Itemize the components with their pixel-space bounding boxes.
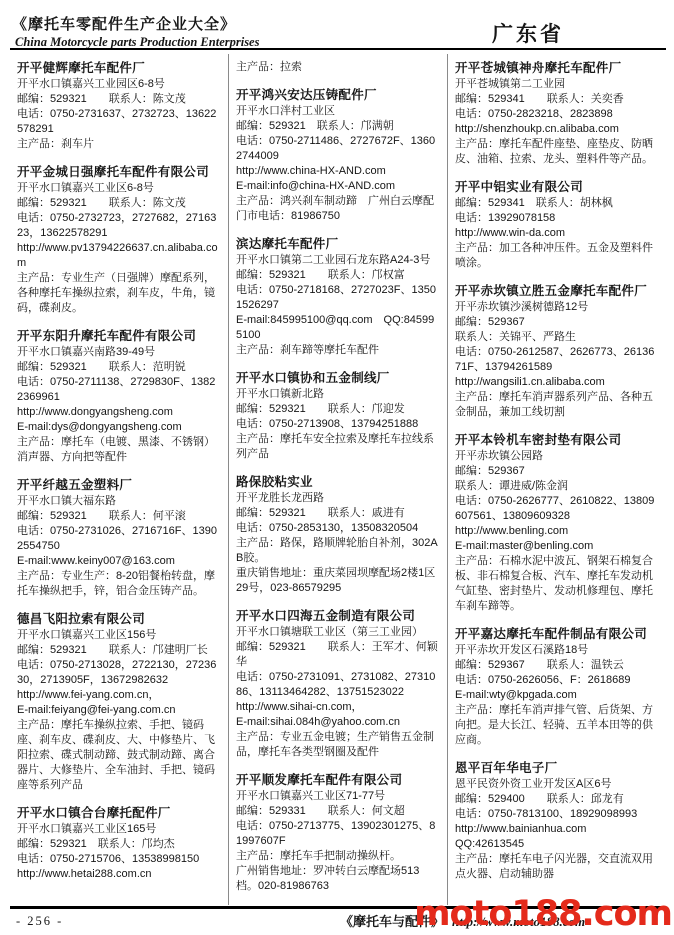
entry-line: E-mail:wty@kpgada.com <box>455 688 659 703</box>
entry-line: http://shenzhoukp.cn.alibaba.com <box>455 122 659 137</box>
entry-line: 电话：13929078158 <box>455 211 659 226</box>
entry-line: 开平苍城镇第二工业园 <box>455 77 659 92</box>
entry-line: 邮编：529321 联系人：邝均杰 <box>17 837 221 852</box>
company-entry: 开平中铝实业有限公司邮编：529341 联系人：胡林枫电话：1392907815… <box>455 179 659 271</box>
entry-line: 主产品：摩托车电子闪光器，交直流双用点火器、启动辅助器 <box>455 852 659 882</box>
entry-line: 主产品：专业生产（日强牌）摩配系列，各种摩托车操纵拉索，刹车皮，牛角，镜码，碟刹… <box>17 271 221 316</box>
company-name: 开平东阳升摩托车配件有限公司 <box>17 328 221 344</box>
entry-line: 邮编：529400 联系人：邱龙有 <box>455 792 659 807</box>
entry-line: http://wangsili1.cn.alibaba.com <box>455 375 659 390</box>
entry-line: E-mail:845995100@qq.com QQ:845995100 <box>236 313 440 343</box>
book-title-chinese: 《摩托车零配件生产企业大全》 <box>12 13 664 34</box>
entry-line: 恩平民资外资工业开发区A区6号 <box>455 777 659 792</box>
entry-line: 邮编：529321 联系人：邝迎发 <box>236 402 440 417</box>
entry-line: 电话：0750-2715706、13538998150 <box>17 852 221 867</box>
entry-line: 开平水口镇嘉兴南路39-49号 <box>17 345 221 360</box>
entry-line: 电话：0750-2731026、2716716F、13902554750 <box>17 524 221 554</box>
entry-line: 开平水口镇塘联工业区（第三工业园） <box>236 625 440 640</box>
company-entry: 开平顺发摩托车配件有限公司开平水口镇嘉兴工业区71-77号邮编：529331 联… <box>236 772 440 894</box>
entry-line: 开平水口镇嘉兴工业园区6-8号 <box>17 77 221 92</box>
company-name: 开平中铝实业有限公司 <box>455 179 659 195</box>
watermark-moto188: moto188.com <box>414 897 672 932</box>
entry-line: 电话：0750-2626056、F：2618689 <box>455 673 659 688</box>
entry-line: http://www.hetai288.com.cn <box>17 867 221 882</box>
entry-line: http://www.win-da.com <box>455 226 659 241</box>
entry-line: 开平赤坎镇公园路 <box>455 449 659 464</box>
entry-line: 主产品：摩托车配件座垫、座垫皮、防晒皮、油箱、拉索、龙头、塑料件等产品。 <box>455 137 659 167</box>
company-name: 开平嘉达摩托车配件制品有限公司 <box>455 626 659 642</box>
entry-line: 开平水口镇大福东路 <box>17 494 221 509</box>
company-entry: 开平东阳升摩托车配件有限公司开平水口镇嘉兴南路39-49号邮编：529321 联… <box>17 328 221 465</box>
company-name: 开平赤坎镇立胜五金摩托车配件厂 <box>455 283 659 299</box>
company-entry: 开平金城日强摩托车配件有限公司开平水口镇嘉兴工业区6-8号邮编：529321 联… <box>17 164 221 316</box>
entry-line: 电话：0750-2853130，13508320504 <box>236 521 440 536</box>
entry-line: E-mail:sihai.084h@yahoo.com.cn <box>236 715 440 730</box>
entry-line: 电话：0750-2718168、2727023F、13501526297 <box>236 283 440 313</box>
entry-line: 主产品：加工各种冲压件。五金及塑料件喷涂。 <box>455 241 659 271</box>
entry-line: E-mail:www.keiny007@163.com <box>17 554 221 569</box>
entry-line: 电话：0750-2713908、13794251888 <box>236 417 440 432</box>
entry-line: 重庆销售地址：重庆菜园坝摩配场2楼1区29号，023-86579295 <box>236 566 440 596</box>
entry-line: 开平龙胜长龙西路 <box>236 491 440 506</box>
entry-line: 开平赤坎开发区石溪路18号 <box>455 643 659 658</box>
company-entry: 滨达摩托车配件厂开平水口镇第二工业园石龙东路A24-3号邮编：529321 联系… <box>236 236 440 358</box>
company-name: 开平水口四海五金制造有限公司 <box>236 608 440 624</box>
entry-line: 邮编：529331 联系人：何文超 <box>236 804 440 819</box>
entry-line: http://www.china-HX-AND.com <box>236 164 440 179</box>
company-entry: 开平鸿兴安达压铸配件厂开平水口泮村工业区邮编：529321 联系人：邝满朝电话：… <box>236 87 440 224</box>
header-divider-rule <box>10 48 666 50</box>
entry-line: 邮编：529321 联系人：陈文茂 <box>17 196 221 211</box>
entry-line: 邮编：529321 联系人：何平滚 <box>17 509 221 524</box>
entry-line: http://www.pv13794226637.cn.alibaba.com <box>17 241 221 271</box>
entry-line: 主产品：拉索 <box>236 60 440 75</box>
company-name: 路保胶粘实业 <box>236 474 440 490</box>
company-name: 开平纤越五金塑料厂 <box>17 477 221 493</box>
entry-line: 开平水口镇嘉兴工业区156号 <box>17 628 221 643</box>
entry-line: 电话：0750-2713028，2722130，2723630，2713905F… <box>17 658 221 688</box>
entry-line: 主产品：鸿兴刹车制动蹄 广州白云摩配门市电话：81986750 <box>236 194 440 224</box>
entry-line: 电话：0750-2711138、2729830F、13822369961 <box>17 375 221 405</box>
entry-line: 开平水口镇嘉兴工业区6-8号 <box>17 181 221 196</box>
entry-line: http://www.benling.com <box>455 524 659 539</box>
entry-line: 电话：0750-2823218、2823898 <box>455 107 659 122</box>
entry-line: 邮编：529321 联系人：邝满朝 <box>236 119 440 134</box>
entry-line: 邮编：529321 联系人：王军才、何颖华 <box>236 640 440 670</box>
company-name: 德昌飞阳拉索有限公司 <box>17 611 221 627</box>
entry-line: E-mail:info@china-HX-AND.com <box>236 179 440 194</box>
company-name: 开平水口镇合台摩托配件厂 <box>17 805 221 821</box>
entry-line: 邮编：529321 联系人：邝建明厂长 <box>17 643 221 658</box>
column-2: 主产品：拉索开平鸿兴安达压铸配件厂开平水口泮村工业区邮编：529321 联系人：… <box>228 54 447 905</box>
entry-line: 电话：0750-7813100、18929098993 <box>455 807 659 822</box>
company-entry: 开平健辉摩托车配件厂开平水口镇嘉兴工业园区6-8号邮编：529321 联系人：陈… <box>17 60 221 152</box>
entry-line: 主产品：刹车片 <box>17 137 221 152</box>
company-entry: 主产品：拉索 <box>236 60 440 75</box>
page-header: 《摩托车零配件生产企业大全》 China Motorcycle parts Pr… <box>12 13 664 49</box>
company-entry: 开平纤越五金塑料厂开平水口镇大福东路邮编：529321 联系人：何平滚电话：07… <box>17 477 221 599</box>
company-name: 开平本铃机车密封垫有限公司 <box>455 432 659 448</box>
company-name: 开平顺发摩托车配件有限公司 <box>236 772 440 788</box>
company-entry: 开平水口镇合台摩托配件厂开平水口镇嘉兴工业区165号邮编：529321 联系人：… <box>17 805 221 882</box>
entry-line: 电话：0750-2732723，2727682，2716323，13622578… <box>17 211 221 241</box>
entry-line: 开平水口镇嘉兴工业区71-77号 <box>236 789 440 804</box>
company-entry: 路保胶粘实业开平龙胜长龙西路邮编：529321 联系人：戚进有电话：0750-2… <box>236 474 440 596</box>
entry-line: 开平水口镇第二工业园石龙东路A24-3号 <box>236 253 440 268</box>
entry-line: 邮编：529321 联系人：邝权富 <box>236 268 440 283</box>
company-entry: 开平嘉达摩托车配件制品有限公司开平赤坎开发区石溪路18号邮编：529367 联系… <box>455 626 659 748</box>
entry-line: 主产品：摩托车手把制动操纵杆。 <box>236 849 440 864</box>
entry-line: 电话：0750-2731637、2732723、13622578291 <box>17 107 221 137</box>
entry-line: 主产品：摩托车消声器系列产品、各种五金制品，兼加工线切割 <box>455 390 659 420</box>
company-entry: 开平水口四海五金制造有限公司开平水口镇塘联工业区（第三工业园）邮编：529321… <box>236 608 440 760</box>
entry-line: 主产品：专业五金电镀；生产销售五金制品，摩托车各类型钢圈及配件 <box>236 730 440 760</box>
entry-line: 广州销售地址：罗冲转白云摩配场513档。020-81986763 <box>236 864 440 894</box>
entry-line: 邮编：529341 联系人：胡林枫 <box>455 196 659 211</box>
entry-line: 邮编：529321 联系人：范明锐 <box>17 360 221 375</box>
page-number: - 256 - <box>16 914 63 929</box>
entry-line: http://www.fei-yang.com.cn， <box>17 688 221 703</box>
company-name: 开平水口镇协和五金制线厂 <box>236 370 440 386</box>
column-1: 开平健辉摩托车配件厂开平水口镇嘉兴工业园区6-8号邮编：529321 联系人：陈… <box>10 54 228 905</box>
company-name: 开平健辉摩托车配件厂 <box>17 60 221 76</box>
entry-line: 开平水口泮村工业区 <box>236 104 440 119</box>
directory-page: 《摩托车零配件生产企业大全》 China Motorcycle parts Pr… <box>0 0 674 935</box>
company-entry: 开平水口镇协和五金制线厂开平水口镇新北路邮编：529321 联系人：邝迎发电话：… <box>236 370 440 462</box>
entry-line: 电话：0750-2731091、2731082、2731086、13113464… <box>236 670 440 700</box>
company-entry: 开平赤坎镇立胜五金摩托车配件厂开平赤坎镇沙溪树德路12号邮编：529367联系人… <box>455 283 659 420</box>
company-entry: 开平苍城镇神舟摩托车配件厂开平苍城镇第二工业园邮编：529341 联系人：关奕香… <box>455 60 659 167</box>
province-label: 广东省 <box>492 18 564 48</box>
entry-line: QQ:42613545 <box>455 837 659 852</box>
company-entry: 开平本铃机车密封垫有限公司开平赤坎镇公园路邮编：529367联系人：谭进威/陈金… <box>455 432 659 614</box>
column-3: 开平苍城镇神舟摩托车配件厂开平苍城镇第二工业园邮编：529341 联系人：关奕香… <box>447 54 666 905</box>
entry-line: 主产品：路保，路顺牌轮胎自补剂，302AB胶。 <box>236 536 440 566</box>
company-name: 开平金城日强摩托车配件有限公司 <box>17 164 221 180</box>
company-entry: 德昌飞阳拉索有限公司开平水口镇嘉兴工业区156号邮编：529321 联系人：邝建… <box>17 611 221 793</box>
entry-line: http://www.bainianhua.com <box>455 822 659 837</box>
entry-line: 开平水口镇嘉兴工业区165号 <box>17 822 221 837</box>
entry-line: E-mail:dys@dongyangsheng.com <box>17 420 221 435</box>
entry-line: E-mail:feiyang@fei-yang.com.cn <box>17 703 221 718</box>
entry-line: 主产品：摩托车操纵拉索、手把、镜码座、刹车皮、碟刹皮、大、中修垫片、飞阳拉索、碟… <box>17 718 221 793</box>
entry-line: 电话：0750-2711486、2727672F、13602744009 <box>236 134 440 164</box>
entry-line: 电话：0750-2713775、13902301275、81997607F <box>236 819 440 849</box>
entry-line: 联系人：谭进威/陈金润 <box>455 479 659 494</box>
entry-line: 邮编：529321 联系人：戚进有 <box>236 506 440 521</box>
entry-line: 主产品：专业生产：8-20铝餐枱转盘，摩托车操纵把手，锌，铝合金压铸产品。 <box>17 569 221 599</box>
entry-line: 主产品：摩托车（电镀、黑漆、不锈钢）消声器、方向把等配件 <box>17 435 221 465</box>
entry-line: E-mail:master@benling.com <box>455 539 659 554</box>
company-name: 恩平百年华电子厂 <box>455 760 659 776</box>
entry-line: 电话：0750-2612587、2626773、2613671F、1379426… <box>455 345 659 375</box>
entry-line: 邮编：529367 <box>455 315 659 330</box>
entry-line: 主产品：石棉水泥中波瓦、钢架石棉复合板、非石棉复合板、汽车、摩托车发动机气缸垫、… <box>455 554 659 614</box>
entry-line: 邮编：529367 联系人：温铁云 <box>455 658 659 673</box>
company-name: 开平鸿兴安达压铸配件厂 <box>236 87 440 103</box>
entry-line: 开平赤坎镇沙溪树德路12号 <box>455 300 659 315</box>
company-name: 滨达摩托车配件厂 <box>236 236 440 252</box>
listings-columns: 开平健辉摩托车配件厂开平水口镇嘉兴工业园区6-8号邮编：529321 联系人：陈… <box>10 54 666 905</box>
entry-line: 开平水口镇新北路 <box>236 387 440 402</box>
entry-line: 邮编：529321 联系人：陈文茂 <box>17 92 221 107</box>
entry-line: 主产品：刹车蹄等摩托车配件 <box>236 343 440 358</box>
entry-line: 主产品：摩托车消声排气管、后货架、方向把。是大长江、轻骑、五羊本田等的供应商。 <box>455 703 659 748</box>
entry-line: 电话：0750-2626777、2610822、13809607561、1380… <box>455 494 659 524</box>
entry-line: 主产品：摩托车安全拉索及摩托车拉线系列产品 <box>236 432 440 462</box>
company-name: 开平苍城镇神舟摩托车配件厂 <box>455 60 659 76</box>
company-entry: 恩平百年华电子厂恩平民资外资工业开发区A区6号邮编：529400 联系人：邱龙有… <box>455 760 659 882</box>
entry-line: http://www.sihai-cn.com， <box>236 700 440 715</box>
entry-line: http://www.dongyangsheng.com <box>17 405 221 420</box>
entry-line: 邮编：529341 联系人：关奕香 <box>455 92 659 107</box>
entry-line: 联系人：关锦平、严路生 <box>455 330 659 345</box>
entry-line: 邮编：529367 <box>455 464 659 479</box>
